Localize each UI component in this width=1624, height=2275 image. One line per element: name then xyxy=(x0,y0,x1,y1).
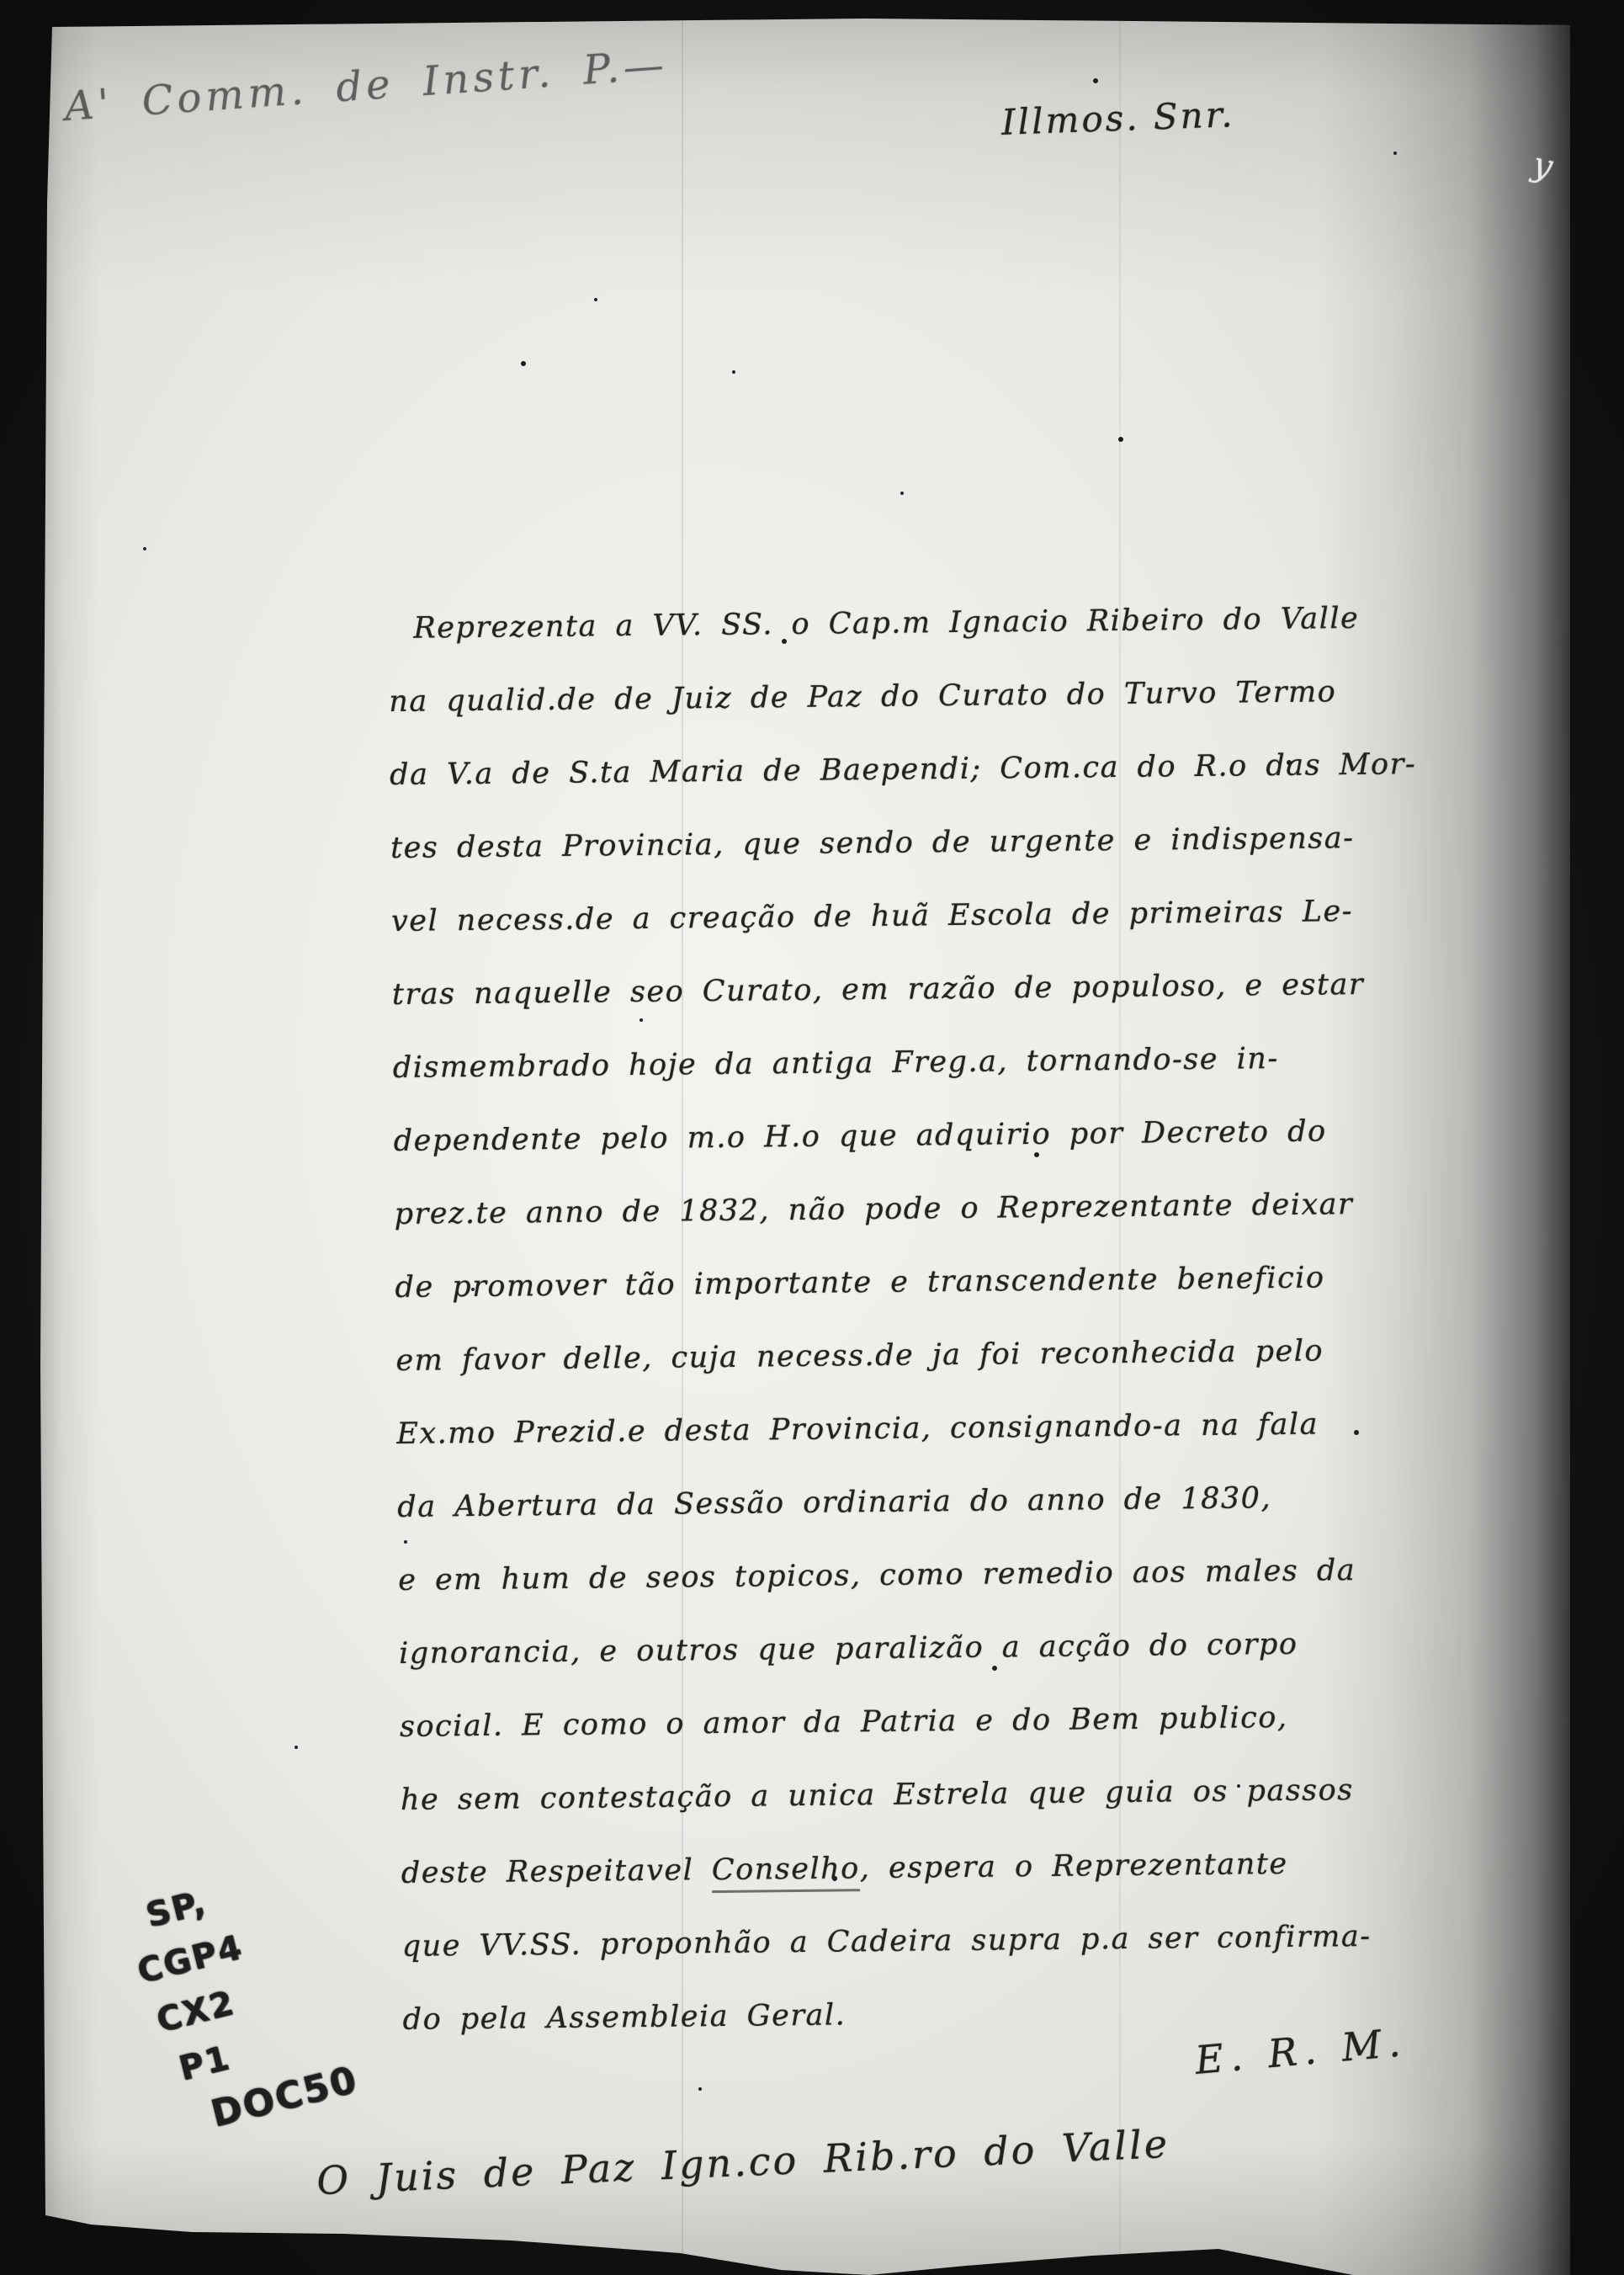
salutation: Illmos. Snr. xyxy=(1000,93,1235,143)
ink-specks xyxy=(40,19,44,22)
handwritten-line: que VV.SS. proponhão a Cadeira supra p.a… xyxy=(401,1900,1361,1984)
handwritten-line: vel necess.de a creação de huã Escola de… xyxy=(391,875,1351,959)
underlined-word: Conselho xyxy=(712,1852,860,1893)
handwritten-line: de promover tão importante e transcenden… xyxy=(395,1241,1355,1325)
handwritten-line: prez.te anno de 1832, não pode o Repreze… xyxy=(394,1168,1354,1252)
handwritten-line: tes desta Provincia, que sendo de urgent… xyxy=(390,802,1351,885)
handwritten-line: e em hum de seos topicos, como remedio a… xyxy=(398,1534,1358,1618)
signature: O Juis de Paz Ign.co Rib.ro do Valle xyxy=(316,2121,1170,2203)
handwritten-line: Ex.mo Prezid.e desta Provincia, consigna… xyxy=(396,1388,1356,1471)
handwritten-line: social. E como o amor da Patria e do Bem… xyxy=(400,1681,1360,1764)
routing-annotation: A' Comm. de Instr. P.— xyxy=(63,41,670,130)
archival-stamp: SP,CGP4CX2P1DOC50 xyxy=(119,1852,364,2150)
handwritten-line: dismembrado hoje da antiga Freg.a, torna… xyxy=(392,1022,1352,1105)
handwritten-line: deste Respeitavel Conselho, espera o Rep… xyxy=(401,1827,1361,1911)
scan-background: A' Comm. de Instr. P.— Illmos. Snr. y Re… xyxy=(0,0,1624,2275)
handwritten-line: da Abertura da Sessão ordinaria do anno … xyxy=(397,1461,1357,1544)
page-number-mark: y xyxy=(1529,145,1556,187)
handwritten-line: na qualid.de de Juiz de Paz do Curato do… xyxy=(389,656,1349,739)
handwritten-line: Reprezenta a VV. SS. o Cap.m Ignacio Rib… xyxy=(388,582,1348,666)
handwritten-line: he sem contestação a unica Estrela que g… xyxy=(400,1754,1360,1837)
letter-body: Reprezenta a VV. SS. o Cap.m Ignacio Rib… xyxy=(388,582,1362,2057)
handwritten-line: da V.a de S.ta Maria de Baependi; Com.ca… xyxy=(390,729,1350,812)
handwritten-line: em favor delle, cuja necess.de ja foi re… xyxy=(395,1315,1356,1398)
handwritten-line: dependente pelo m.o H.o que adquirio por… xyxy=(393,1095,1353,1178)
document-page: A' Comm. de Instr. P.— Illmos. Snr. y Re… xyxy=(40,19,1570,2275)
handwritten-line: tras naquelle seo Curato, em razão de po… xyxy=(391,949,1351,1032)
handwritten-line: ignorancia, e outros que paralizão a acç… xyxy=(399,1608,1359,1691)
